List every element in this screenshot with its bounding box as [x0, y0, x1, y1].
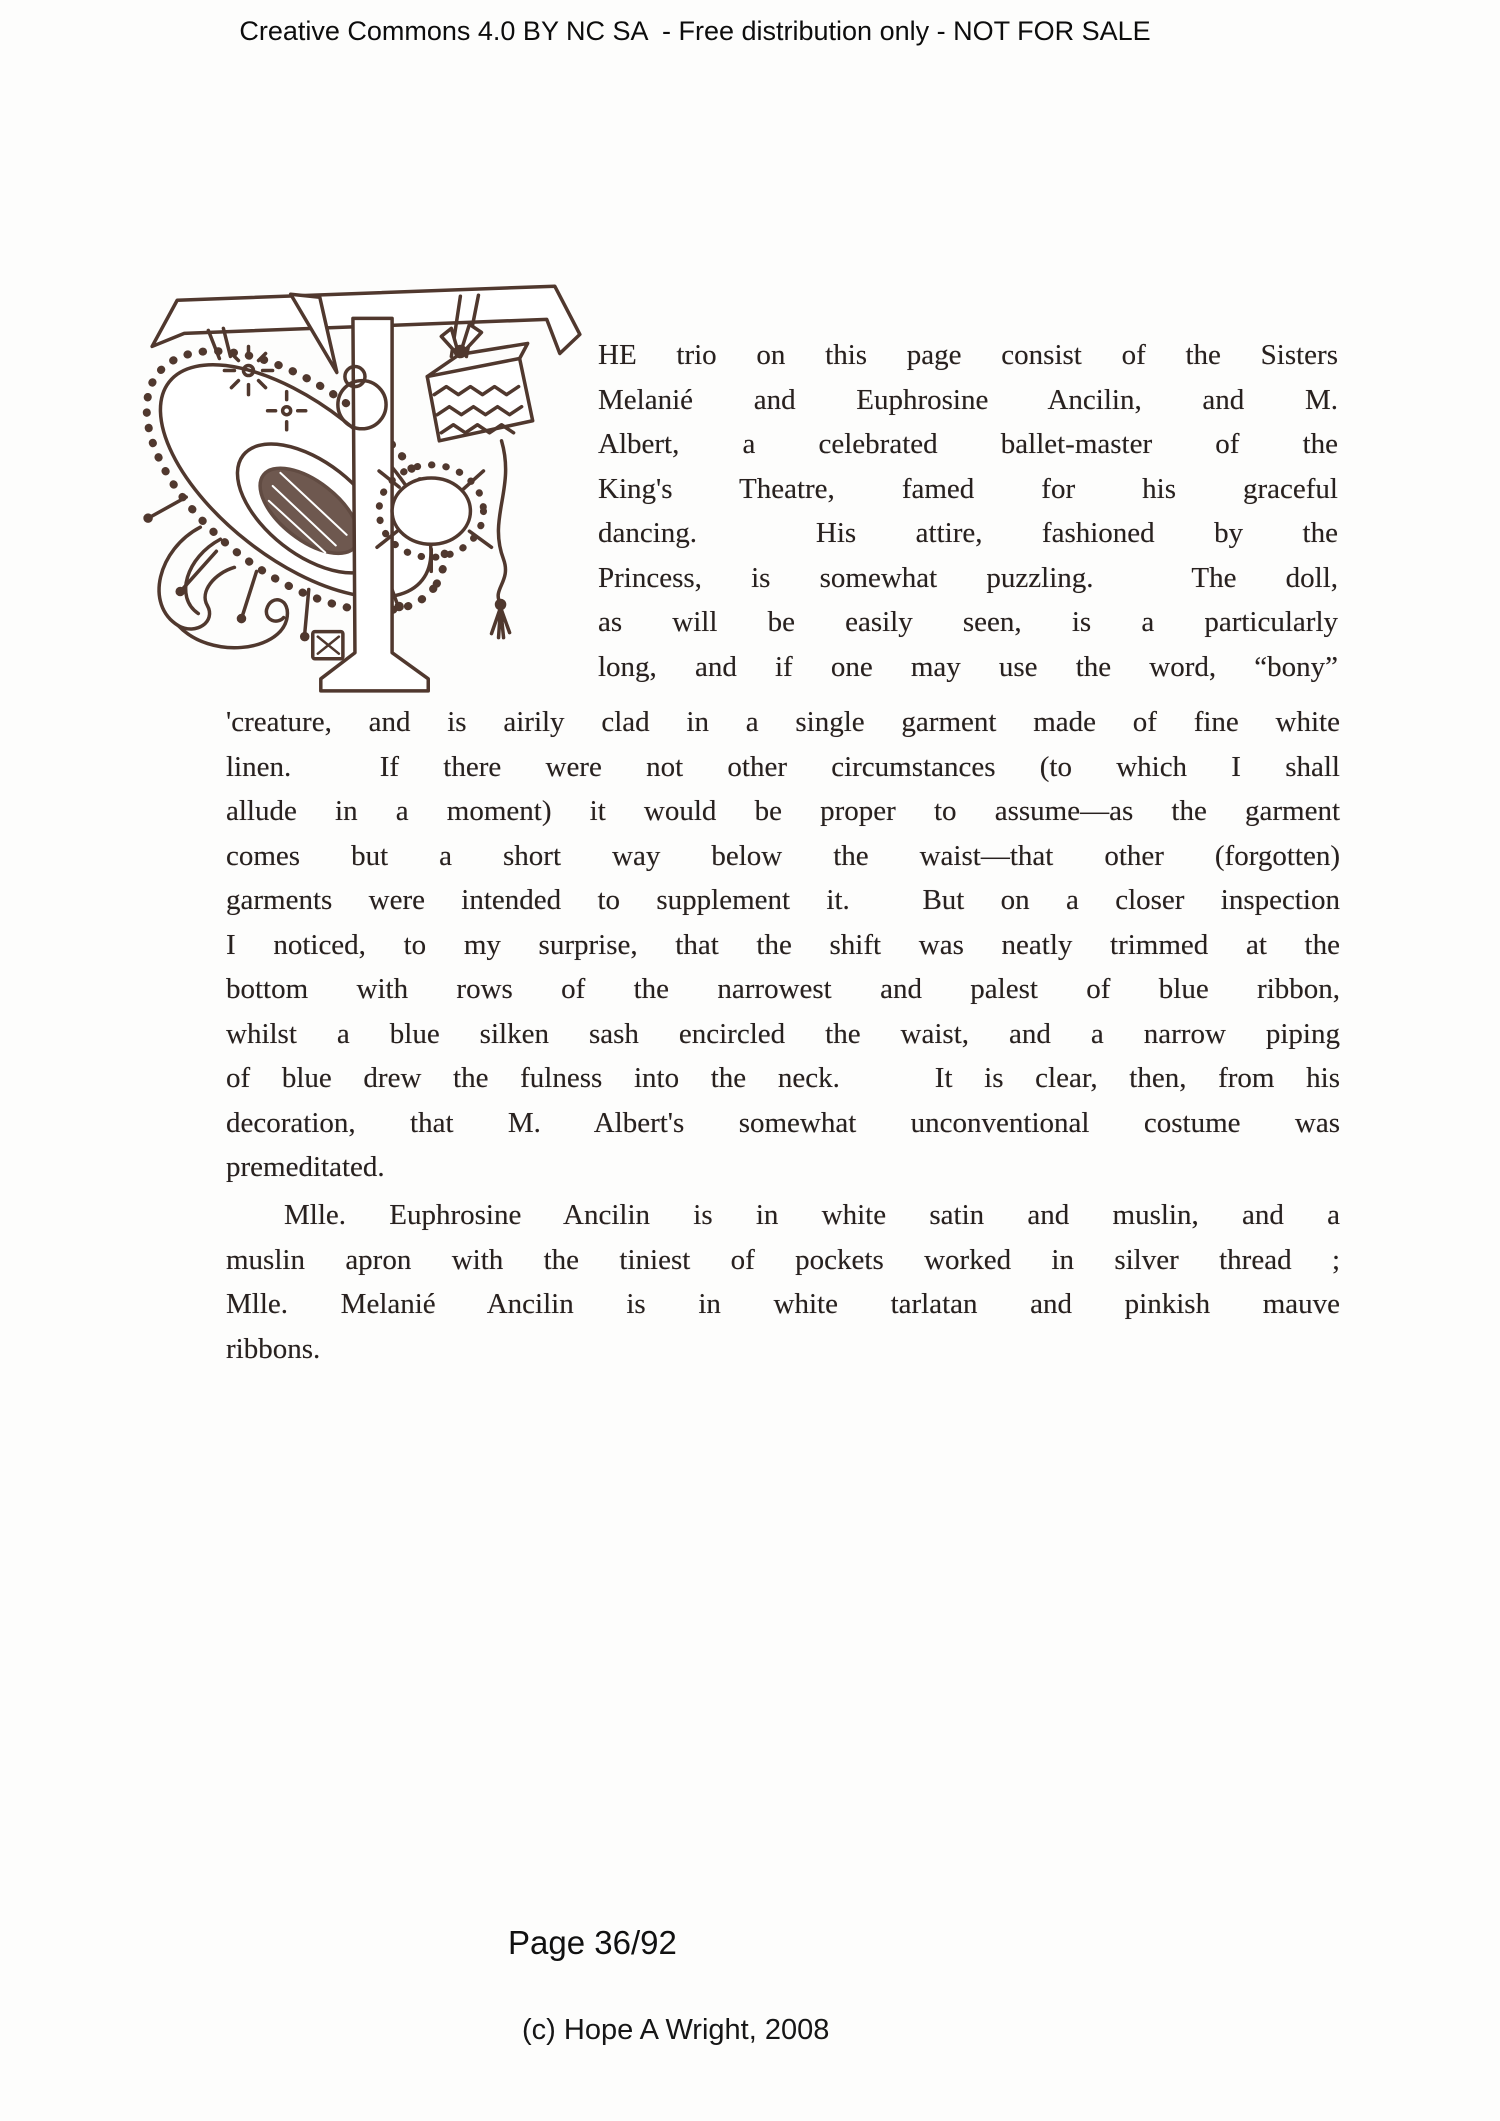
text-line: I noticed, to my surprise, that the shif…: [226, 923, 1340, 968]
paragraph-1-wrapped: HE trio on this page consist of the Sist…: [598, 333, 1338, 689]
paragraph-2: Mlle. Euphrosine Ancilin is in white sat…: [226, 1193, 1340, 1371]
text-line: long, and if one may use the word, “bony…: [598, 645, 1338, 690]
text-line: whilst a blue silken sash encircled the …: [226, 1012, 1340, 1057]
text-line: bottom with rows of the narrowest and pa…: [226, 967, 1340, 1012]
text-line: of blue drew the fulness into the neck. …: [226, 1056, 1340, 1101]
text-line: garments were intended to supplement it.…: [226, 878, 1340, 923]
page-number: Page 36/92: [508, 1924, 677, 1962]
text-line: Melanié and Euphrosine Ancilin, and M.: [598, 378, 1338, 423]
paragraph-1-full: 'creature, and is airily clad in a singl…: [226, 700, 1340, 1190]
scanned-book-page: Creative Commons 4.0 BY NC SA - Free dis…: [0, 0, 1500, 2121]
text-line: as will be easily seen, is a particularl…: [598, 600, 1338, 645]
wrapped-parcel: [427, 324, 532, 440]
text-line: allude in a moment) it would be proper t…: [226, 789, 1340, 834]
cord-and-tassel: [492, 441, 510, 638]
decorative-initial-t-illustration: [128, 258, 610, 705]
tag: [313, 632, 343, 659]
text-line: King's Theatre, famed for his graceful: [598, 467, 1338, 512]
copyright-line: (c) Hope A Wright, 2008: [522, 2014, 829, 2047]
license-header-text: Creative Commons 4.0 BY NC SA - Free dis…: [0, 16, 1390, 47]
text-line: muslin apron with the tiniest of pockets…: [226, 1238, 1340, 1283]
text-line: dancing. His attire, fashioned by the: [598, 511, 1338, 556]
text-line: Mlle. Melanié Ancilin is in white tarlat…: [226, 1282, 1340, 1327]
text-line: linen. If there were not other circumsta…: [226, 745, 1340, 790]
text-line: comes but a short way below the waist—th…: [226, 834, 1340, 879]
text-line: decoration, that M. Albert's somewhat un…: [226, 1101, 1340, 1146]
text-line: Princess, is somewhat puzzling. The doll…: [598, 556, 1338, 601]
text-line: 'creature, and is airily clad in a singl…: [226, 700, 1340, 745]
text-line: Albert, a celebrated ballet-master of th…: [598, 422, 1338, 467]
text-line: Mlle. Euphrosine Ancilin is in white sat…: [226, 1193, 1340, 1238]
text-line: HE trio on this page consist of the Sist…: [598, 333, 1338, 378]
